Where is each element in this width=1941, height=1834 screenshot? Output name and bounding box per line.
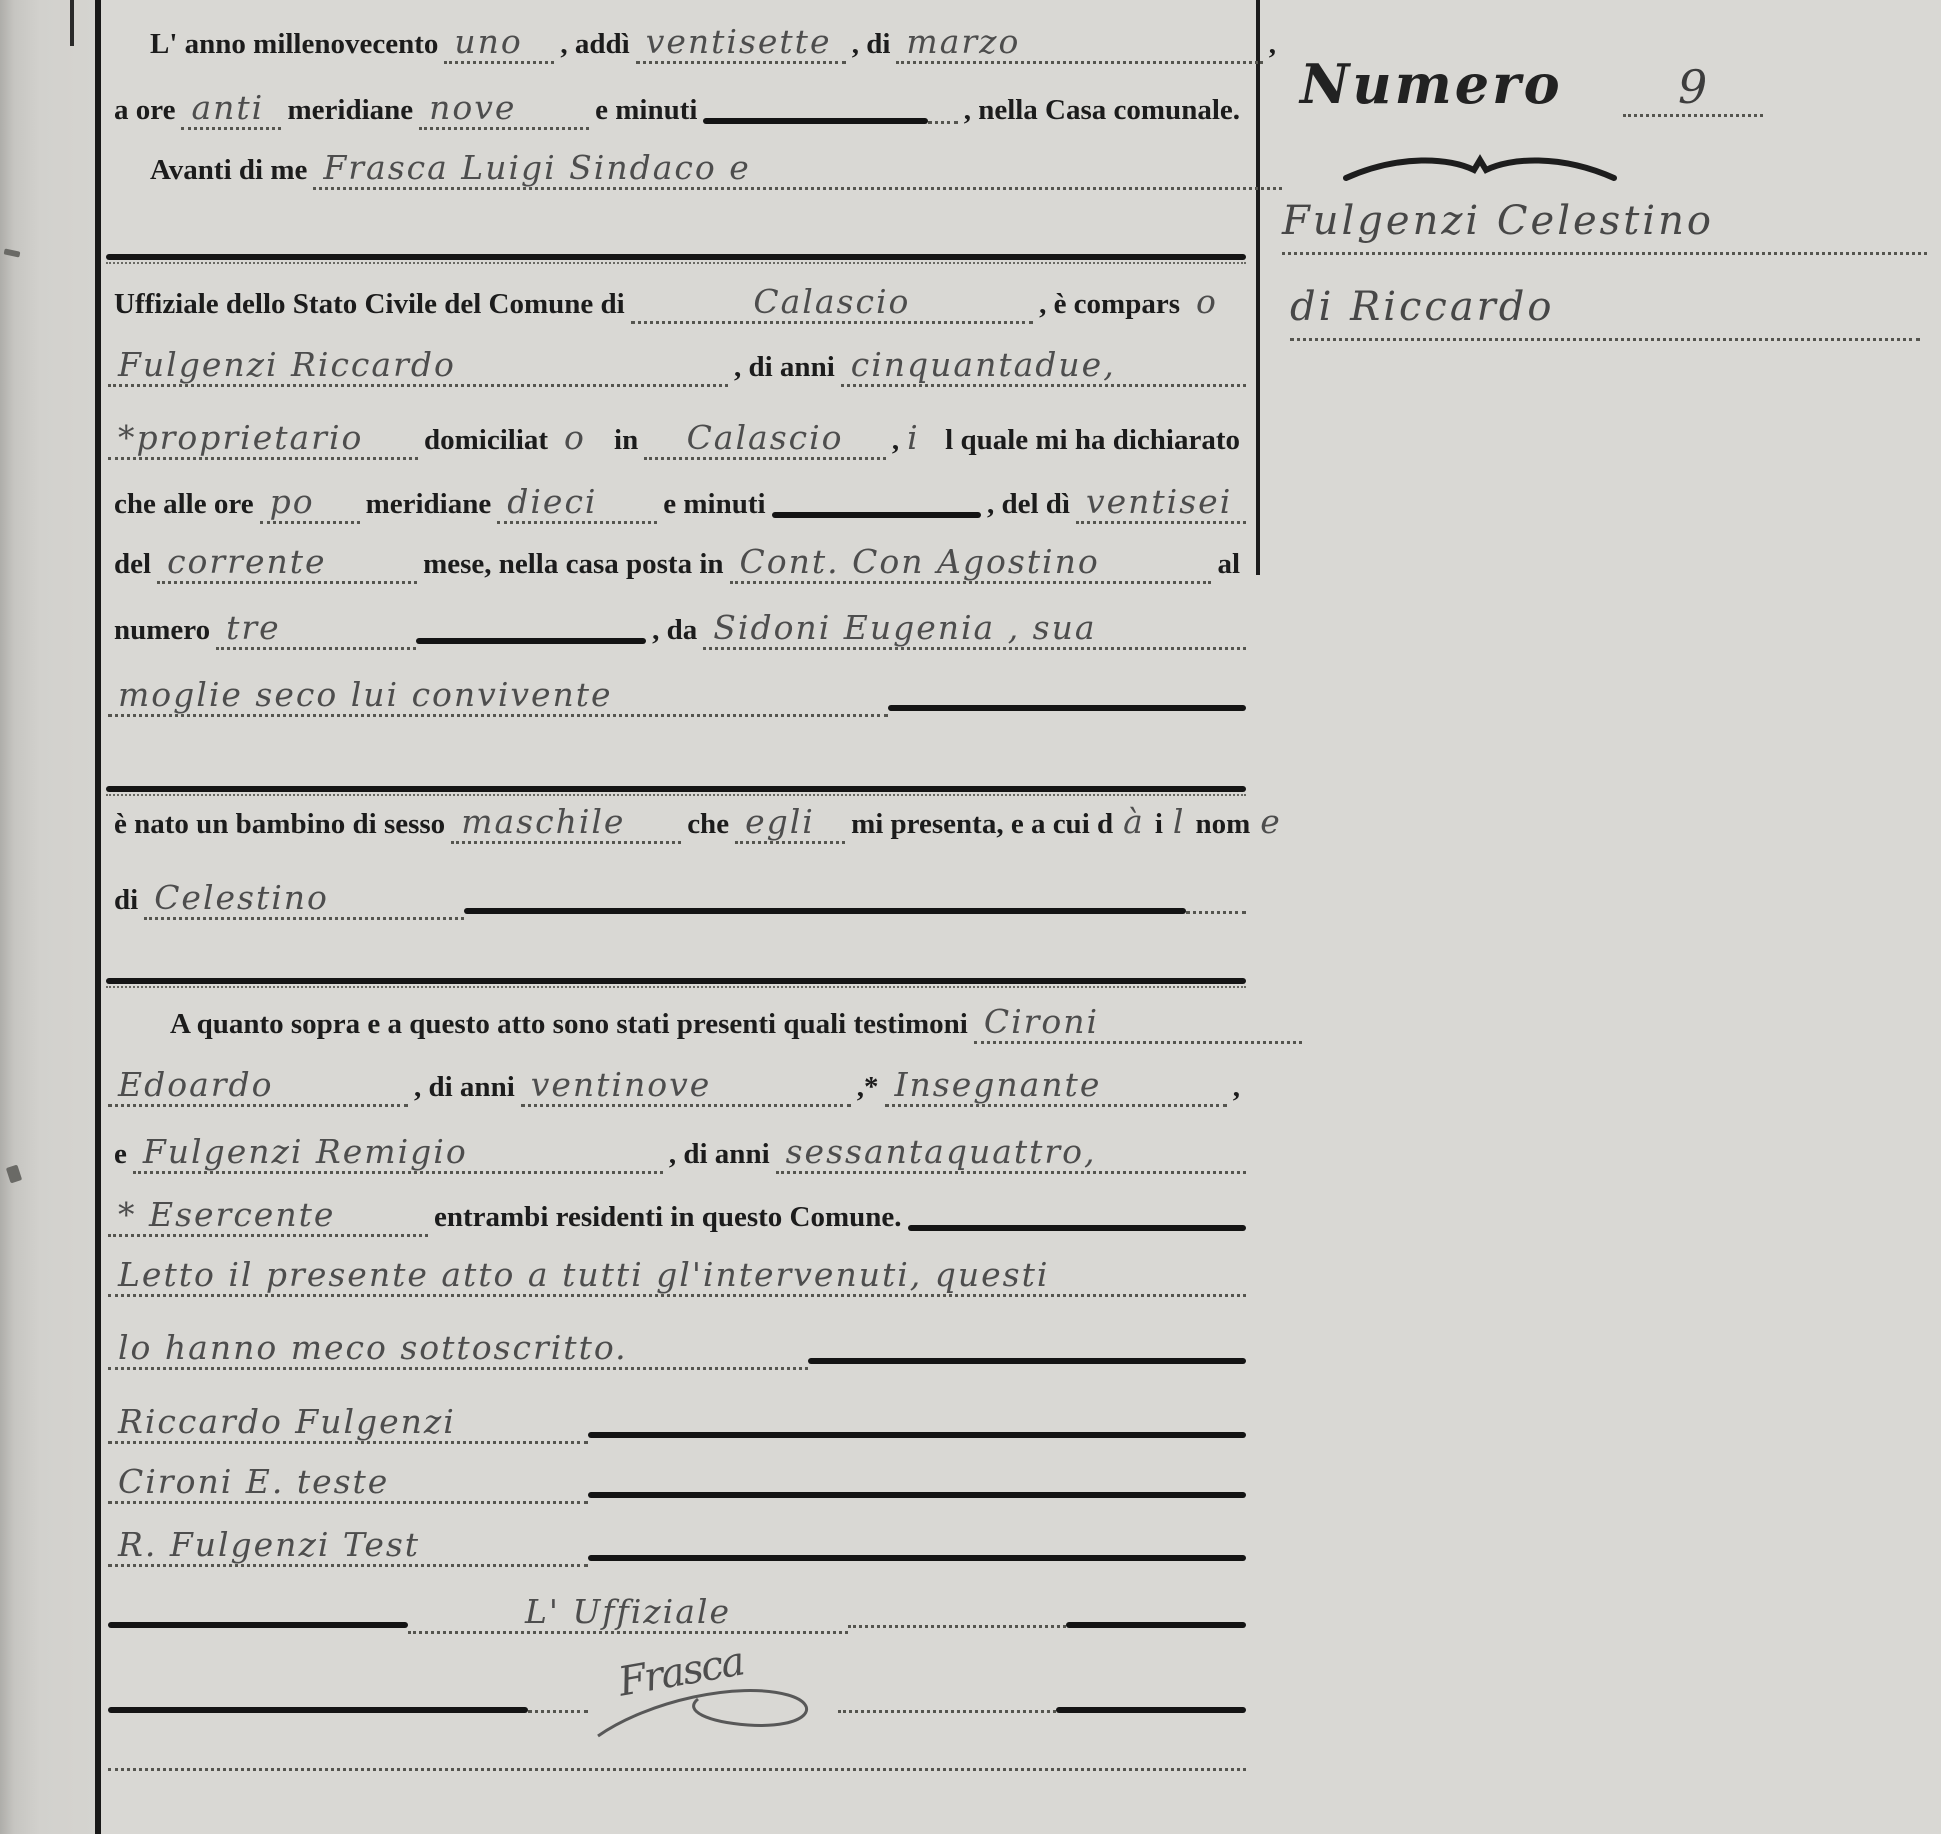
handwritten-entry-witness2-name: Fulgenzi Remigio: [133, 1132, 663, 1174]
blank-fill-line: [908, 1225, 1246, 1231]
handwritten-entry-year: uno: [444, 22, 554, 64]
blank-fill-line: [108, 1707, 528, 1713]
handwritten-entry-birthday: ventisei: [1076, 482, 1246, 524]
act-line-26: Frasca: [108, 1655, 1246, 1719]
handwritten-entry-witness2-profession: * Esercente: [108, 1195, 428, 1237]
scan-left-margin: [0, 0, 100, 1834]
printed-text: che alle ore: [108, 488, 260, 521]
printed-text: numero: [108, 614, 216, 647]
handwritten-entry-witness1-name: Edoardo: [108, 1065, 408, 1107]
blank-fill-line: [588, 1432, 1246, 1438]
handwritten-entry-month: marzo: [896, 22, 1262, 64]
handwritten-entry-meridian: po: [260, 482, 360, 524]
handwritten-entry-day: ventisette: [636, 22, 846, 64]
printed-text: meridiane: [360, 488, 498, 521]
section-rule: [106, 786, 1246, 792]
act-line-17: Edoardo , di anni ventinove ,* Insegnant…: [108, 1065, 1246, 1107]
act-line-23: Cironi E. teste: [108, 1462, 1246, 1504]
form-corner-border: [70, 0, 74, 46]
margin-number-value: 9: [1623, 60, 1763, 117]
margin-column-divider: [1256, 0, 1260, 575]
printed-text: e minuti: [657, 488, 771, 521]
handwritten-entry-residence: Calascio: [644, 418, 886, 460]
printed-text: Uffiziale dello Stato Civile del Comune …: [108, 288, 631, 321]
act-line-20: Letto il presente atto a tutti gl'interv…: [108, 1255, 1246, 1297]
blank-fill-line: [464, 908, 1186, 914]
blank-dotted-line: [1186, 911, 1246, 914]
act-line-21: lo hanno meco sottoscritto.: [108, 1328, 1246, 1370]
margin-registered-name: Fulgenzi Celestino: [1282, 198, 1927, 255]
printed-text: è nato un bambino di sesso: [108, 808, 451, 841]
margin-number-row: Numero 9: [1300, 52, 1900, 117]
handwritten-entry-house-number: tre: [216, 608, 416, 650]
handwritten-entry-witness2-age: sessantaquattro,: [776, 1132, 1246, 1174]
handwritten-entry-child-name: Celestino: [144, 878, 464, 920]
printed-text: , di anni: [408, 1071, 521, 1104]
blank-fill-line: [588, 1555, 1246, 1561]
act-line-24: R. Fulgenzi Test: [108, 1525, 1246, 1567]
printed-text: L' anno millenovecento: [144, 28, 444, 61]
printed-text: domiciliat: [418, 424, 554, 457]
official-title: L' Uffiziale: [408, 1592, 848, 1634]
act-line-3: Avanti di me Frasca Luigi Sindaco e: [108, 148, 1282, 190]
section-rule: [106, 254, 1246, 260]
blank-dotted-line: [928, 121, 958, 124]
handwritten-entry-letter: l: [1169, 802, 1190, 841]
act-line-13: è nato un bambino di sesso maschile che …: [108, 802, 1246, 844]
blank-dotted-line: [848, 1625, 1066, 1628]
printed-text: e: [108, 1138, 133, 1171]
printed-text: entrambi residenti in questo Comune.: [428, 1201, 908, 1234]
act-line-14: di Celestino: [108, 878, 1246, 920]
printed-text: ,: [1227, 1071, 1246, 1104]
printed-text: A quanto sopra e a questo atto sono stat…: [164, 1008, 974, 1041]
act-line-11: moglie seco lui convivente: [108, 675, 1246, 717]
printed-text: , da: [646, 614, 703, 647]
printed-text: ,: [886, 424, 905, 457]
printed-text: al: [1211, 548, 1246, 581]
printed-text: meridiane: [281, 94, 419, 127]
blank-dotted-line: [108, 1768, 1246, 1771]
printed-text: l quale mi ha dichiarato: [939, 424, 1246, 457]
handwritten-closing-formula: Letto il presente atto a tutti gl'interv…: [108, 1255, 1246, 1297]
printed-text: , è compars: [1033, 288, 1186, 321]
act-line-27: [108, 1768, 1246, 1777]
handwritten-entry-letter: i: [905, 418, 939, 457]
act-line-19: * Esercente entrambi residenti in questo…: [108, 1195, 1246, 1237]
handwritten-entry-meridian: anti: [181, 88, 281, 130]
blank-fill-line: [108, 1622, 408, 1628]
printed-text: mese, nella casa posta in: [417, 548, 729, 581]
blank-dotted-line: [528, 1710, 588, 1713]
signature-declarant: Riccardo Fulgenzi: [108, 1402, 588, 1444]
handwritten-entry-witness1-age: ventinove: [521, 1065, 851, 1107]
handwritten-entry-age: cinquantadue,: [841, 345, 1246, 387]
act-line-25: L' Uffiziale: [108, 1592, 1246, 1634]
blank-fill-line: [772, 512, 981, 518]
act-line-6: Fulgenzi Riccardo , di anni cinquantadue…: [108, 345, 1246, 387]
act-line-16: A quanto sopra e a questo atto sono stat…: [108, 1002, 1302, 1044]
printed-text: ,: [1263, 28, 1282, 61]
margin-number-label: Numero: [1300, 52, 1563, 116]
handwritten-entry-letter: o: [554, 418, 608, 457]
blank-fill-line: [1066, 1622, 1246, 1628]
blank-fill-line: [703, 118, 927, 124]
printed-text: , del dì: [981, 488, 1076, 521]
printed-text: , di anni: [728, 351, 841, 384]
brace-ornament: [1340, 148, 1620, 192]
section-rule: [106, 978, 1246, 984]
printed-text: del: [108, 548, 157, 581]
handwritten-entry-letter: e: [1256, 802, 1286, 841]
printed-text: di: [108, 884, 144, 917]
blank-fill-line: [808, 1358, 1246, 1364]
act-line-2: a ore anti meridiane nove e minuti , nel…: [108, 88, 1246, 130]
blank-fill-line: [888, 705, 1246, 711]
handwritten-entry-profession: *proprietario: [108, 418, 418, 460]
act-line-7: *proprietario domiciliat o in Calascio ,…: [108, 418, 1246, 460]
printed-text: , nella Casa comunale.: [958, 94, 1246, 127]
act-line-5: Uffiziale dello Stato Civile del Comune …: [108, 282, 1246, 324]
blank-dotted-line: [838, 1710, 1056, 1713]
printed-text: i: [1149, 808, 1169, 841]
handwritten-entry-declarant: Fulgenzi Riccardo: [108, 345, 728, 387]
margin-registered-patronymic: di Riccardo: [1290, 284, 1920, 341]
act-line-8: che alle ore po meridiane dieci e minuti…: [108, 482, 1246, 524]
handwritten-entry-hour: nove: [419, 88, 589, 130]
blank-fill-line: [416, 638, 646, 644]
handwritten-entry-hour: dieci: [497, 482, 657, 524]
printed-text: in: [608, 424, 644, 457]
printed-text: nom: [1189, 808, 1256, 841]
form-left-border: [95, 0, 101, 1834]
handwritten-entry-witness1-profession: Insegnante: [885, 1065, 1227, 1107]
act-line-1: L' anno millenovecento uno , addì ventis…: [108, 22, 1282, 64]
handwritten-entry-letter: o: [1186, 282, 1246, 321]
act-line-22: Riccardo Fulgenzi: [108, 1402, 1246, 1444]
printed-text: , di anni: [663, 1138, 776, 1171]
printed-text: Avanti di me: [144, 154, 313, 187]
signature-witness2: R. Fulgenzi Test: [108, 1525, 588, 1567]
printed-text: ,*: [851, 1071, 885, 1104]
handwritten-entry-comune: Calascio: [631, 282, 1033, 324]
printed-text: che: [681, 808, 735, 841]
signature-flourish: [588, 1681, 838, 1741]
printed-text: e minuti: [589, 94, 703, 127]
handwritten-entry-month-ref: corrente: [157, 542, 417, 584]
printed-text: , addì: [554, 28, 635, 61]
officiant-signature: Frasca: [588, 1655, 838, 1719]
printed-text: a ore: [108, 94, 181, 127]
handwritten-entry-sex: maschile: [451, 802, 681, 844]
act-line-18: e Fulgenzi Remigio , di anni sessantaqua…: [108, 1132, 1246, 1174]
handwritten-entry-address: Cont. Con Agostino: [730, 542, 1212, 584]
blank-fill-line: [1056, 1707, 1246, 1713]
printed-text: , di: [846, 28, 897, 61]
handwritten-entry-presenter: egli: [735, 802, 845, 844]
blank-fill-line: [588, 1492, 1246, 1498]
handwritten-entry-witness1-surname: Cironi: [974, 1002, 1302, 1044]
act-line-9: del corrente mese, nella casa posta in C…: [108, 542, 1246, 584]
handwritten-closing-formula-cont: lo hanno meco sottoscritto.: [108, 1328, 808, 1370]
handwritten-entry-official: Frasca Luigi Sindaco e: [313, 148, 1282, 190]
handwritten-entry-mother: Sidoni Eugenia , sua: [703, 608, 1246, 650]
handwritten-entry-mother-cont: moglie seco lui convivente: [108, 675, 888, 717]
handwritten-entry-letter: à: [1119, 802, 1149, 841]
act-line-10: numero tre , da Sidoni Eugenia , sua: [108, 608, 1246, 650]
signature-witness1: Cironi E. teste: [108, 1462, 588, 1504]
printed-text: mi presenta, e a cui d: [845, 808, 1119, 841]
